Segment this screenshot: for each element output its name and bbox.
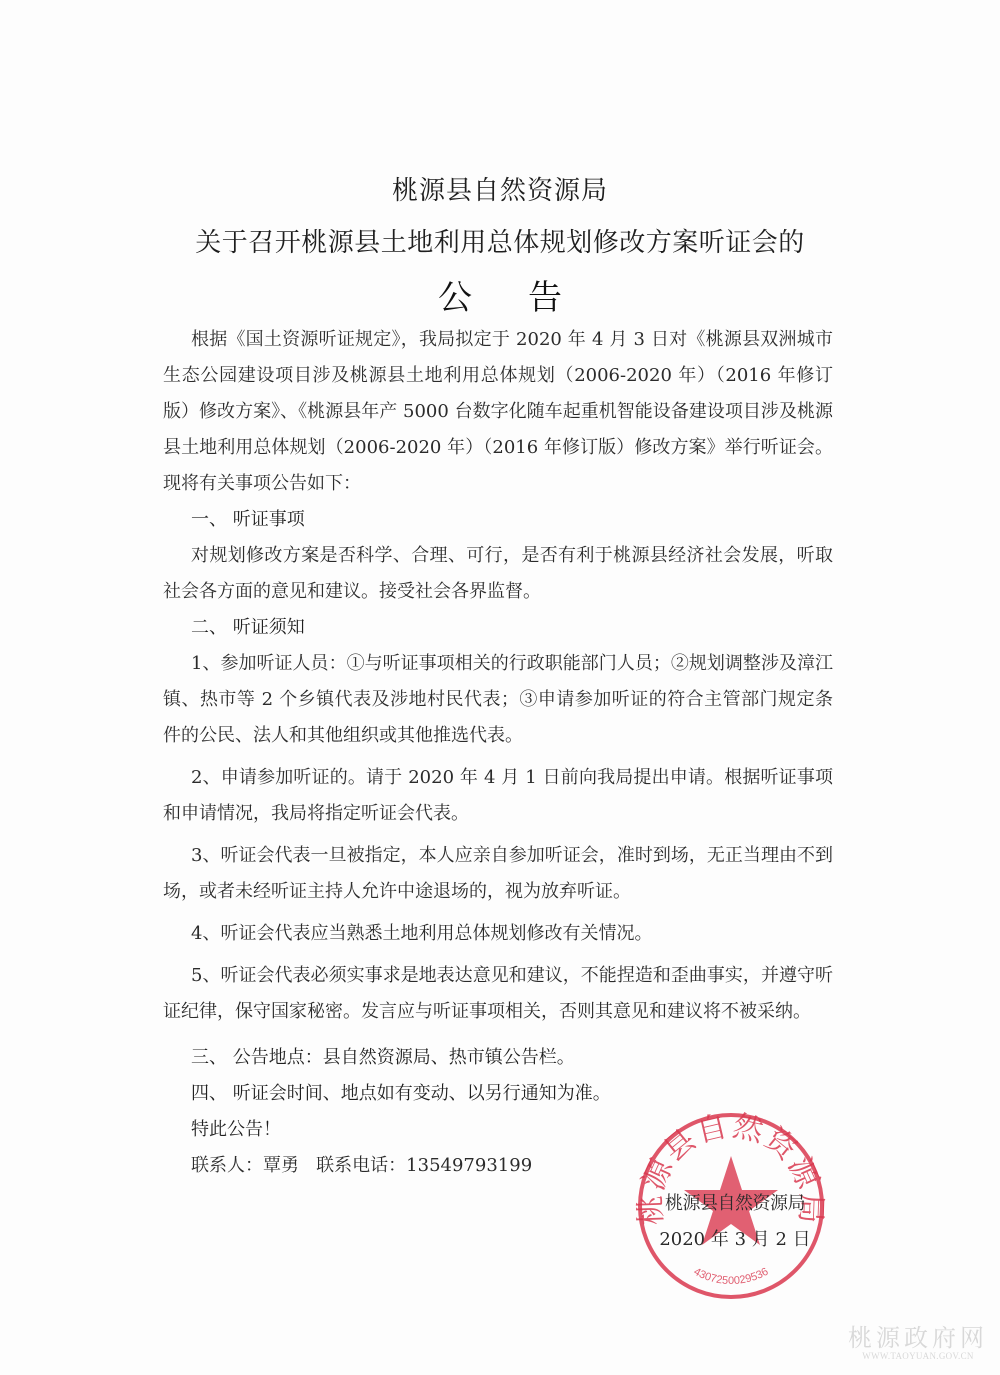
signature-date: 2020 年 3 月 2 日 (655, 1222, 815, 1258)
contact-phone: 联系电话：13549793199 (316, 1155, 532, 1176)
contact-person: 联系人：覃勇 (191, 1155, 299, 1176)
section-2-item-4: 4、听证会代表应当熟悉土地利用总体规划修改有关情况。 (163, 916, 833, 952)
section-2-item-2: 2、申请参加听证的。请于 2020 年 4 月 1 日前向我局提出申请。根据听证… (163, 760, 833, 832)
intro-paragraph: 根据《国土资源听证规定》，我局拟定于 2020 年 4 月 3 日对《桃源县双洲… (163, 322, 833, 502)
section-1: 一、 听证事项 对规划修改方案是否科学、合理、可行，是否有利于桃源县经济社会发展… (163, 502, 833, 610)
section-4-change-notice: 四、 听证会时间、地点如有变动、以另行通知为准。 (163, 1076, 833, 1112)
section-2-item-1: 1、参加听证人员：①与听证事项相关的行政职能部门人员；②规划调整涉及漳江镇、热市… (163, 646, 833, 754)
intro-block: 根据《国土资源听证规定》，我局拟定于 2020 年 4 月 3 日对《桃源县双洲… (163, 322, 833, 502)
svg-text:4307250029536: 4307250029536 (692, 1266, 771, 1287)
section-2-item-5: 5、听证会代表必须实事求是地表达意见和建议，不能捏造和歪曲事实，并遵守听证纪律，… (163, 958, 833, 1030)
seal-serial-number: 4307250029536 (692, 1266, 771, 1287)
notice-title: 公告 (0, 270, 1000, 319)
issuing-organization-title: 桃源县自然资源局 (0, 170, 1000, 207)
section-3-posting-location: 三、 公告地点：县自然资源局、热市镇公告栏。 (163, 1040, 833, 1076)
notice-subject-title: 关于召开桃源县土地利用总体规划修改方案听证会的 (0, 222, 1000, 259)
section-1-heading: 一、 听证事项 (163, 502, 833, 538)
section-2-item-3: 3、听证会代表一旦被指定，本人应亲自参加听证会，准时到场，无正当理由不到场，或者… (163, 838, 833, 910)
site-watermark: 桃源政府网 WWW.TAOYUAN.GOV.CN (838, 1318, 998, 1361)
signature-block: 桃源县自然资源局 2020 年 3 月 2 日 (655, 1186, 815, 1258)
watermark-site-name: 桃源政府网 (838, 1318, 998, 1353)
section-2-heading: 二、 听证须知 (163, 610, 833, 646)
document-page: 桃源县自然资源局 关于召开桃源县土地利用总体规划修改方案听证会的 公告 根据《国… (0, 0, 1000, 1375)
signature-organization: 桃源县自然资源局 (655, 1186, 815, 1222)
section-2: 二、 听证须知 1、参加听证人员：①与听证事项相关的行政职能部门人员；②规划调整… (163, 610, 833, 1030)
section-1-paragraph: 对规划修改方案是否科学、合理、可行，是否有利于桃源县经济社会发展，听取社会各方面… (163, 538, 833, 610)
